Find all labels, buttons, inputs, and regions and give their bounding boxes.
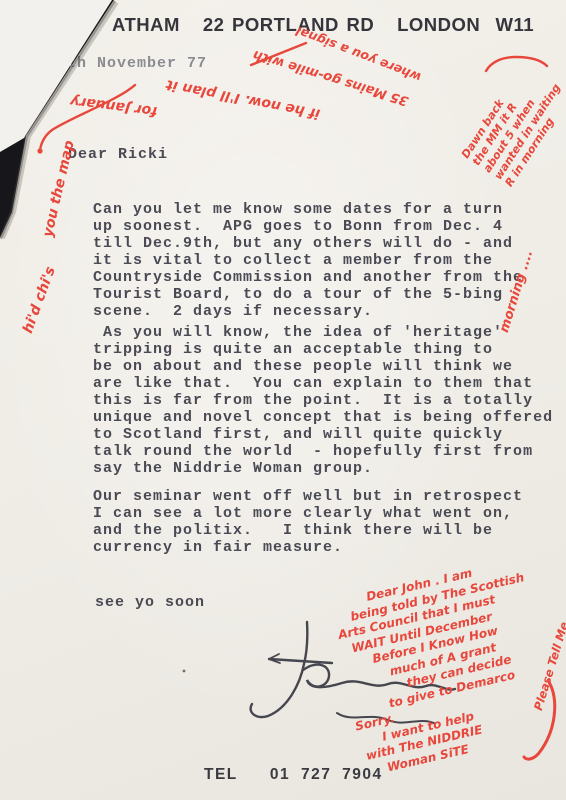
paragraph-1: Can you let me know some dates for a tur… bbox=[93, 201, 523, 320]
date-line: 6th November 77 bbox=[57, 55, 207, 72]
salutation: Dear Ricki bbox=[68, 146, 168, 163]
paragraph-2: As you will know, the idea of 'heritage'… bbox=[93, 324, 553, 477]
telephone-line: TEL 01 727 7904 bbox=[204, 766, 383, 784]
scanned-letter-page: ATHAM 22 PORTLAND RD LONDON W11 6th Nove… bbox=[0, 0, 566, 800]
signoff: see yo soon bbox=[95, 594, 205, 611]
paragraph-3: Our seminar went off well but in retrosp… bbox=[93, 488, 523, 556]
